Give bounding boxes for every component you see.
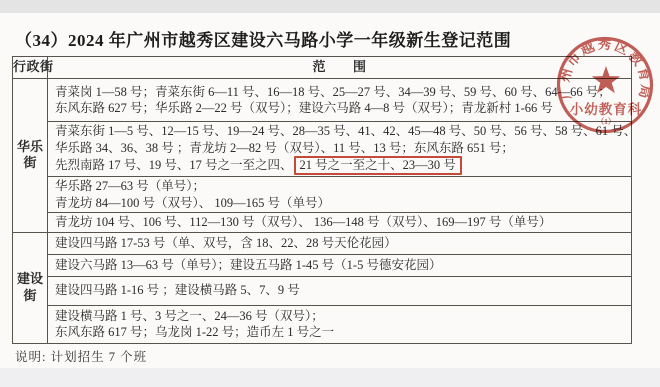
range-cell: 青菜东街 1—5 号、12—15 号、19—24 号、28—35 号、41、42…: [48, 122, 632, 177]
range-line: 建设横马路 1 号、3 号之一、24—36 号（双号）；: [55, 308, 627, 325]
top-gray-strip: [0, 0, 660, 13]
bottom-gray-strip: [0, 368, 660, 387]
range-line: 建设六马路 13—63 号（单号）；建设五马路 1-45 号（1-5 号德安花园…: [55, 257, 627, 274]
highlight-box: 21 号之一至之十、23—30 号: [294, 156, 462, 175]
registration-table: 行政街 范 围 华乐街青菜岗 1—58 号；青菜东街 6—11 号、16—18 …: [12, 56, 632, 344]
table-row: 建设街建设四马路 17-53 号（单、双号，含 18、22、28 号天伦花园）: [13, 232, 632, 254]
page-title: （34）2024 年广州市越秀区建设六马路小学一年级新生登记范围: [15, 26, 615, 51]
note-text: 说明: 计划招生 7 个班: [15, 347, 147, 365]
range-cell: 建设六马路 13—63 号（单号）；建设五马路 1-45 号（1-5 号德安花园…: [48, 254, 632, 276]
range-cell: 青菜岗 1—58 号；青菜东街 6—11 号、16—18 号、25—27 号、3…: [48, 79, 632, 122]
header-admin-street: 行政街: [13, 57, 48, 79]
range-line: 华乐路 34、36、38 号 ；青龙坊 2—82 号（双号）、11 号、13 号…: [55, 140, 627, 157]
range-cell: 青龙坊 104 号、106 号、112—130 号（双号）、 136—148 号…: [48, 213, 632, 233]
range-line: 青龙坊 84—100 号（双号）、 109—165 号（单号）: [55, 195, 627, 212]
registration-table-body: 行政街 范 围 华乐街青菜岗 1—58 号；青菜东街 6—11 号、16—18 …: [13, 57, 632, 344]
street-label: 华乐街: [13, 79, 48, 233]
table-row: 华乐路 27—63 号（单号）；青龙坊 84—100 号（双号）、 109—16…: [13, 177, 632, 213]
table-row: 建设横马路 1 号、3 号之一、24—36 号（双号）；东风东路 617 号；乌…: [13, 305, 632, 343]
table-row: 华乐街青菜岗 1—58 号；青菜东街 6—11 号、16—18 号、25—27 …: [13, 79, 632, 122]
table-header-row: 行政街 范 围: [13, 57, 632, 79]
range-line: 青菜东街 1—5 号、12—15 号、19—24 号、28—35 号、41、42…: [55, 123, 627, 140]
range-line: 华乐路 27—63 号（单号）；: [55, 178, 627, 195]
range-line: 青菜岗 1—58 号；青菜东街 6—11 号、16—18 号、25—27 号、3…: [55, 84, 627, 101]
range-line: 先烈南路 17 号、19 号、17 号之一至之四、21 号之一至之十、23—30…: [55, 156, 627, 175]
range-line: 青龙坊 104 号、106 号、112—130 号（双号）、 136—148 号…: [55, 214, 627, 231]
range-line: 东风东路 627 号；华乐路 2—22 号（双号）；建设六马路 4—8 号（双号…: [55, 100, 627, 117]
range-line: 东风东路 617 号；乌龙岗 1-22 号；造币左 1 号之一: [55, 324, 627, 341]
range-cell: 建设四马路 17-53 号（单、双号，含 18、22、28 号天伦花园）: [48, 232, 632, 254]
table-row: 青菜东街 1—5 号、12—15 号、19—24 号、28—35 号、41、42…: [13, 122, 632, 177]
header-range: 范 围: [48, 57, 632, 79]
table-row: 建设四马路 1-16 号 ；建设横马路 5、7、9 号: [13, 276, 632, 305]
range-cell: 建设四马路 1-16 号 ；建设横马路 5、7、9 号: [48, 276, 632, 305]
table-row: 青龙坊 104 号、106 号、112—130 号（双号）、 136—148 号…: [13, 213, 632, 233]
street-label: 建设街: [13, 232, 48, 343]
range-cell: 建设横马路 1 号、3 号之一、24—36 号（双号）；东风东路 617 号；乌…: [48, 305, 632, 343]
range-line: 建设四马路 1-16 号 ；建设横马路 5、7、9 号: [55, 282, 627, 299]
range-line: 建设四马路 17-53 号（单、双号，含 18、22、28 号天伦花园）: [55, 235, 627, 252]
table-row: 建设六马路 13—63 号（单号）；建设五马路 1-45 号（1-5 号德安花园…: [13, 254, 632, 276]
range-cell: 华乐路 27—63 号（单号）；青龙坊 84—100 号（双号）、 109—16…: [48, 177, 632, 213]
